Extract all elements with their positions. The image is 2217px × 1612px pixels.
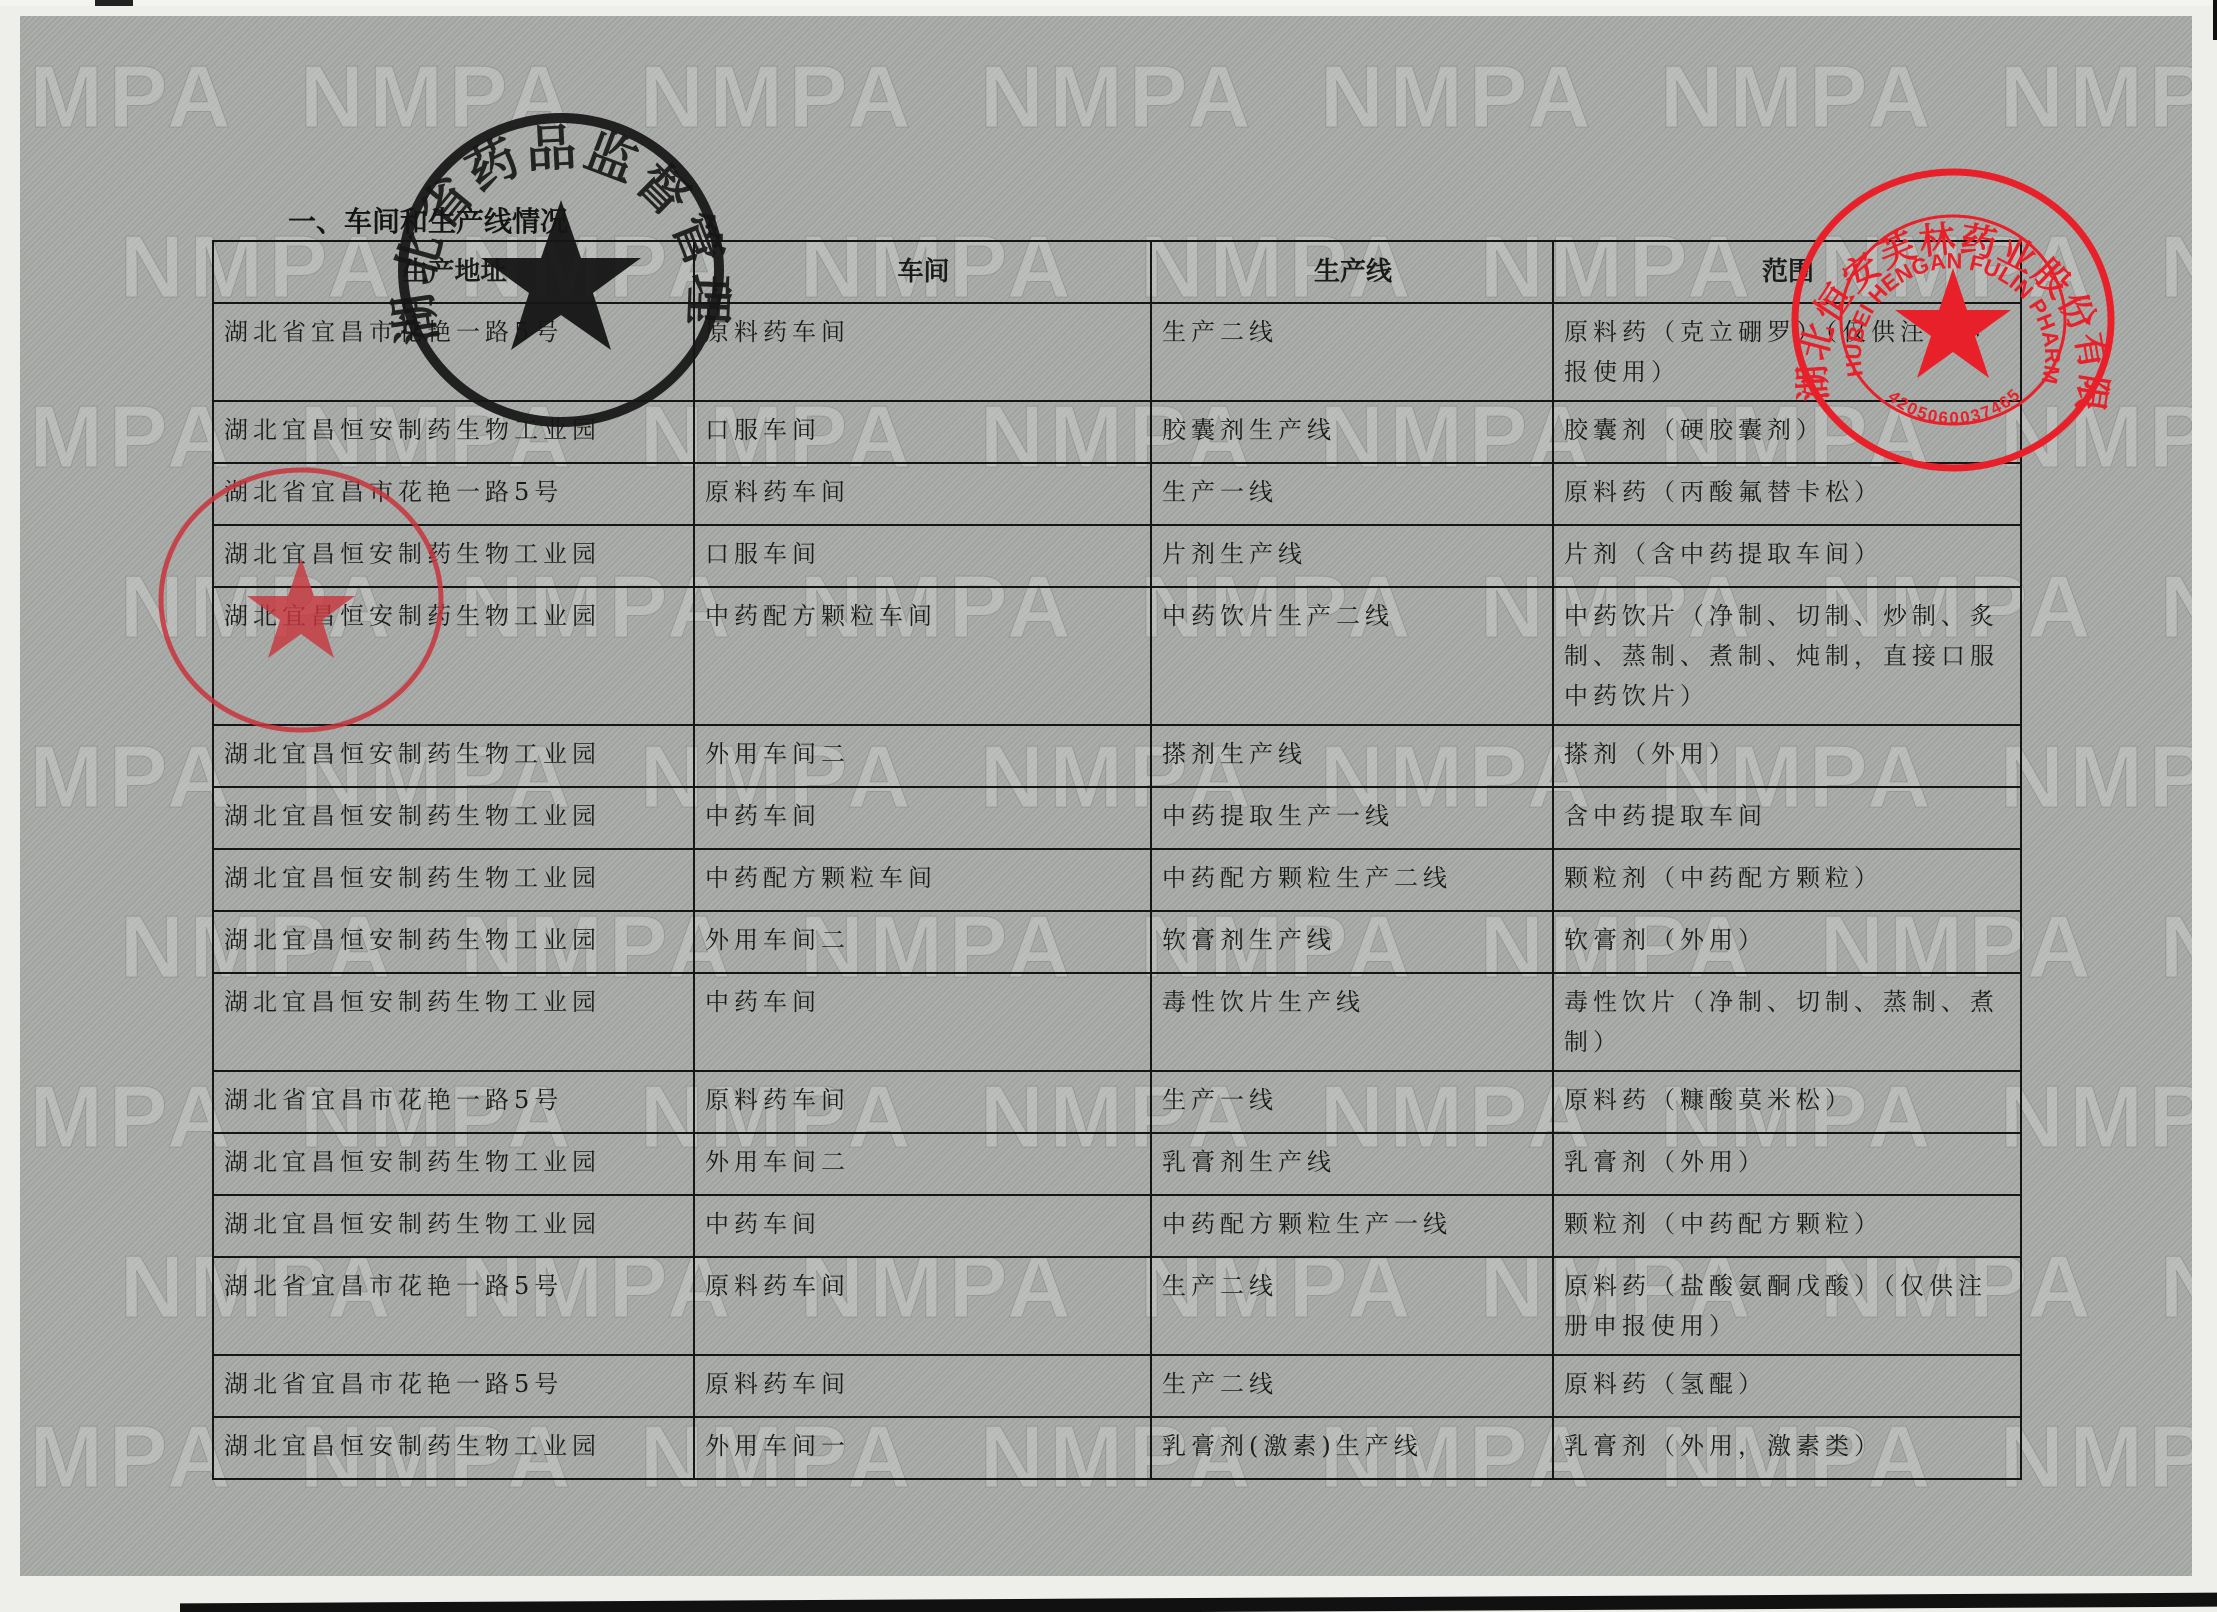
- cell-workshop: 中药车间: [694, 1195, 1151, 1257]
- cell-scope: 乳膏剂（外用，激素类）: [1553, 1417, 2021, 1479]
- cell-production-line: 生产一线: [1151, 1071, 1553, 1133]
- table-row: 湖北宜昌恒安制药生物工业园中药配方颗粒车间中药饮片生产二线中药饮片（净制、切制、…: [213, 587, 2021, 725]
- cell-address: 湖北宜昌恒安制药生物工业园: [213, 1417, 694, 1479]
- cell-scope: 原料药（糠酸莫米松）: [1553, 1071, 2021, 1133]
- column-header-workshop: 车间: [694, 241, 1151, 303]
- section-title: 一、车间和生产线情况: [288, 200, 568, 240]
- cell-scope: 含中药提取车间: [1553, 787, 2021, 849]
- cell-address: 湖北宜昌恒安制药生物工业园: [213, 525, 694, 587]
- cell-production-line: 搽剂生产线: [1151, 725, 1553, 787]
- cell-address: 湖北宜昌恒安制药生物工业园: [213, 401, 694, 463]
- cell-production-line: 中药配方颗粒生产二线: [1151, 849, 1553, 911]
- cell-workshop: 中药车间: [694, 787, 1151, 849]
- cell-scope: 原料药（丙酸氟替卡松）: [1553, 463, 2021, 525]
- nmpa-watermark: NMPA: [2160, 1236, 2192, 1338]
- cell-workshop: 原料药车间: [694, 1257, 1151, 1355]
- table-row: 湖北省宜昌市花艳一路5号原料药车间生产二线原料药（盐酸氨酮戊酸）（仅供注册申报使…: [213, 1257, 2021, 1355]
- cell-address: 湖北省宜昌市花艳一路5号: [213, 1257, 694, 1355]
- cell-scope: 搽剂（外用）: [1553, 725, 2021, 787]
- column-header-scope: 范围: [1553, 241, 2021, 303]
- workshop-table: 生产地址 车间 生产线 范围 湖北省宜昌市花艳一路5号原料药车间生产二线原料药（…: [212, 240, 2022, 1480]
- cell-workshop: 外用车间二: [694, 1133, 1151, 1195]
- nmpa-watermark: NMPA: [980, 46, 1257, 148]
- cell-production-line: 生产二线: [1151, 1257, 1553, 1355]
- table-row: 湖北宜昌恒安制药生物工业园口服车间胶囊剂生产线胶囊剂（硬胶囊剂）: [213, 401, 2021, 463]
- cell-workshop: 原料药车间: [694, 1355, 1151, 1417]
- cell-address: 湖北宜昌恒安制药生物工业园: [213, 1133, 694, 1195]
- cell-address: 湖北宜昌恒安制药生物工业园: [213, 1195, 694, 1257]
- column-header-address: 生产地址: [213, 241, 694, 303]
- nmpa-watermark: NMPA: [1320, 46, 1597, 148]
- column-header-line: 生产线: [1151, 241, 1553, 303]
- cell-workshop: 外用车间二: [694, 725, 1151, 787]
- cell-address: 湖北宜昌恒安制药生物工业园: [213, 725, 694, 787]
- cell-workshop: 口服车间: [694, 401, 1151, 463]
- cell-workshop: 原料药车间: [694, 1071, 1151, 1133]
- cell-address: 湖北宜昌恒安制药生物工业园: [213, 973, 694, 1071]
- table-row: 湖北宜昌恒安制药生物工业园外用车间一乳膏剂(激素)生产线乳膏剂（外用，激素类）: [213, 1417, 2021, 1479]
- table-row: 湖北宜昌恒安制药生物工业园中药车间毒性饮片生产线毒性饮片（净制、切制、蒸制、煮制…: [213, 973, 2021, 1071]
- table-header-row: 生产地址 车间 生产线 范围: [213, 241, 2021, 303]
- nmpa-watermark: NMPA: [2160, 556, 2192, 658]
- scan-artifact: [95, 0, 133, 6]
- table-row: 湖北宜昌恒安制药生物工业园外用车间二搽剂生产线搽剂（外用）: [213, 725, 2021, 787]
- table-row: 湖北省宜昌市花艳一路5号原料药车间生产二线原料药（克立硼罗）（仅供注册申报使用）: [213, 303, 2021, 401]
- cell-scope: 中药饮片（净制、切制、炒制、炙制、蒸制、煮制、炖制，直接口服中药饮片）: [1553, 587, 2021, 725]
- cell-scope: 原料药（克立硼罗）（仅供注册申报使用）: [1553, 303, 2021, 401]
- nmpa-watermark: NMPA: [2000, 46, 2192, 148]
- nmpa-watermark: NMPA: [640, 46, 917, 148]
- table-row: 湖北省宜昌市花艳一路5号原料药车间生产一线原料药（糠酸莫米松）: [213, 1071, 2021, 1133]
- cell-workshop: 外用车间一: [694, 1417, 1151, 1479]
- table-row: 湖北省宜昌市花艳一路5号原料药车间生产一线原料药（丙酸氟替卡松）: [213, 463, 2021, 525]
- cell-scope: 原料药（氢醌）: [1553, 1355, 2021, 1417]
- cell-scope: 颗粒剂（中药配方颗粒）: [1553, 1195, 2021, 1257]
- cell-address: 湖北宜昌恒安制药生物工业园: [213, 587, 694, 725]
- cell-address: 湖北省宜昌市花艳一路5号: [213, 463, 694, 525]
- cell-scope: 毒性饮片（净制、切制、蒸制、煮制）: [1553, 973, 2021, 1071]
- nmpa-watermark: NMPA: [20, 46, 237, 148]
- cell-production-line: 生产二线: [1151, 303, 1553, 401]
- cell-production-line: 中药配方颗粒生产一线: [1151, 1195, 1553, 1257]
- cell-address: 湖北省宜昌市花艳一路5号: [213, 1071, 694, 1133]
- cell-address: 湖北宜昌恒安制药生物工业园: [213, 849, 694, 911]
- cell-production-line: 乳膏剂生产线: [1151, 1133, 1553, 1195]
- cell-workshop: 中药配方颗粒车间: [694, 587, 1151, 725]
- cell-workshop: 外用车间二: [694, 911, 1151, 973]
- cell-address: 湖北省宜昌市花艳一路5号: [213, 1355, 694, 1417]
- cell-production-line: 毒性饮片生产线: [1151, 973, 1553, 1071]
- cell-scope: 原料药（盐酸氨酮戊酸）（仅供注册申报使用）: [1553, 1257, 2021, 1355]
- cell-production-line: 中药饮片生产二线: [1151, 587, 1553, 725]
- nmpa-watermark: NMPA: [20, 726, 237, 828]
- cell-address: 湖北宜昌恒安制药生物工业园: [213, 787, 694, 849]
- cell-production-line: 片剂生产线: [1151, 525, 1553, 587]
- nmpa-watermark: NMPA: [20, 1066, 237, 1168]
- table-row: 湖北宜昌恒安制药生物工业园中药配方颗粒车间中药配方颗粒生产二线颗粒剂（中药配方颗…: [213, 849, 2021, 911]
- cell-workshop: 原料药车间: [694, 303, 1151, 401]
- cell-scope: 软膏剂（外用）: [1553, 911, 2021, 973]
- cell-scope: 颗粒剂（中药配方颗粒）: [1553, 849, 2021, 911]
- cell-address: 湖北省宜昌市花艳一路5号: [213, 303, 694, 401]
- nmpa-watermark: NMPA: [20, 1406, 237, 1508]
- nmpa-watermark: NMPA: [2160, 216, 2192, 318]
- nmpa-watermark: NMPA: [1660, 46, 1937, 148]
- cell-production-line: 软膏剂生产线: [1151, 911, 1553, 973]
- cell-production-line: 胶囊剂生产线: [1151, 401, 1553, 463]
- table-row: 湖北宜昌恒安制药生物工业园中药车间中药配方颗粒生产一线颗粒剂（中药配方颗粒）: [213, 1195, 2021, 1257]
- cell-scope: 胶囊剂（硬胶囊剂）: [1553, 401, 2021, 463]
- nmpa-watermark: NMPA: [20, 386, 237, 488]
- scan-artifact: [2213, 0, 2217, 40]
- table-row: 湖北宜昌恒安制药生物工业园中药车间中药提取生产一线含中药提取车间: [213, 787, 2021, 849]
- cell-address: 湖北宜昌恒安制药生物工业园: [213, 911, 694, 973]
- nmpa-watermark: NMPA: [2000, 1406, 2192, 1508]
- cell-workshop: 原料药车间: [694, 463, 1151, 525]
- cell-production-line: 中药提取生产一线: [1151, 787, 1553, 849]
- cell-scope: 片剂（含中药提取车间）: [1553, 525, 2021, 587]
- table-row: 湖北宜昌恒安制药生物工业园外用车间二软膏剂生产线软膏剂（外用）: [213, 911, 2021, 973]
- cell-workshop: 中药车间: [694, 973, 1151, 1071]
- cell-workshop: 口服车间: [694, 525, 1151, 587]
- nmpa-watermark: NMPA: [2000, 1066, 2192, 1168]
- cell-production-line: 生产二线: [1151, 1355, 1553, 1417]
- cell-workshop: 中药配方颗粒车间: [694, 849, 1151, 911]
- cell-production-line: 生产一线: [1151, 463, 1553, 525]
- cell-scope: 乳膏剂（外用）: [1553, 1133, 2021, 1195]
- nmpa-watermark: NMPA: [2000, 726, 2192, 828]
- table-row: 湖北省宜昌市花艳一路5号原料药车间生产二线原料药（氢醌）: [213, 1355, 2021, 1417]
- nmpa-watermark: NMPA: [300, 46, 577, 148]
- cell-production-line: 乳膏剂(激素)生产线: [1151, 1417, 1553, 1479]
- table-row: 湖北宜昌恒安制药生物工业园外用车间二乳膏剂生产线乳膏剂（外用）: [213, 1133, 2021, 1195]
- nmpa-watermark: NMPA: [2000, 386, 2192, 488]
- table-row: 湖北宜昌恒安制药生物工业园口服车间片剂生产线片剂（含中药提取车间）: [213, 525, 2021, 587]
- scan-bottom-edge: [180, 1593, 2217, 1612]
- nmpa-watermark: NMPA: [2160, 896, 2192, 998]
- scan-top-edge: [0, 0, 2217, 6]
